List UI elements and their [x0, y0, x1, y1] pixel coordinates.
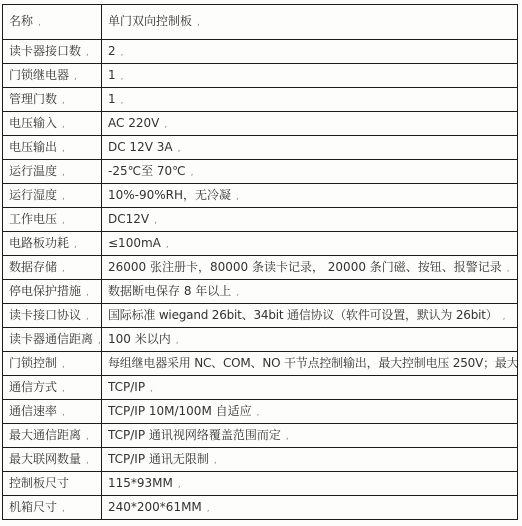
paragraph-mark: , — [62, 96, 65, 106]
paragraph-mark: , — [214, 456, 217, 466]
paragraph-mark: , — [191, 168, 194, 178]
spec-value: TCP/IP 10M/100M 自适应 — [108, 404, 252, 418]
spec-value-cell: AC 220V, — [102, 112, 518, 136]
spec-label-cell: 最大联网数量, — [3, 448, 102, 472]
table-row: 门锁继电器, 1, — [3, 64, 518, 88]
paragraph-mark: , — [257, 408, 260, 418]
spec-label-cell: 电压输入, — [3, 112, 102, 136]
paragraph-mark: , — [62, 216, 65, 226]
spec-label-cell: 控制板尺寸 — [3, 472, 102, 496]
spec-label: 控制板尺寸 — [9, 476, 69, 490]
spec-label: 门锁控制 — [9, 356, 57, 370]
spec-value-cell: 1, — [102, 64, 518, 88]
spec-label-cell: 管理门数, — [3, 88, 102, 112]
table-row: 电压输出, DC 12V 3A, — [3, 136, 518, 160]
table-row: 电压输入, AC 220V, — [3, 112, 518, 136]
spec-label: 电压输出 — [9, 140, 57, 154]
spec-label-cell: 通信速率, — [3, 400, 102, 424]
paragraph-mark: , — [121, 72, 124, 82]
spec-label-cell: 停电保护措施, — [3, 280, 102, 304]
spec-value-cell: TCP/IP 10M/100M 自适应, — [102, 400, 518, 424]
spec-value: 26000 张注册卡，80000 条读卡记录， 20000 条门磁、按钮、报警记… — [108, 260, 502, 274]
spec-label: 运行温度 — [9, 164, 57, 178]
spec-value: TCP/IP 通讯无限制 — [108, 452, 209, 466]
spec-value: 数据断电保存 8 年以上 — [108, 284, 231, 298]
spec-label: 通信速率 — [9, 404, 57, 418]
spec-label-cell: 数据存储, — [3, 256, 102, 280]
paragraph-mark: , — [286, 432, 289, 442]
spec-value: 单门双向控制板 — [108, 14, 192, 28]
spec-value-cell: DC12V, — [102, 208, 518, 232]
spec-label: 名称 — [9, 14, 33, 28]
paragraph-mark: , — [62, 360, 65, 370]
spec-label-cell: 电路板功耗, — [3, 232, 102, 256]
document-page: 名称, 单门双向控制板, 读卡器接口数, 2, 门锁继电器, 1, 管理门数, … — [0, 0, 522, 526]
spec-value-cell: DC 12V 3A, — [102, 136, 518, 160]
spec-label-cell: 运行湿度, — [3, 184, 102, 208]
spec-label: 读卡器接口数 — [9, 44, 81, 58]
spec-label: 停电保护措施 — [9, 284, 81, 298]
table-row: 控制板尺寸 115*93MM, — [3, 472, 518, 496]
paragraph-mark: , — [507, 264, 510, 274]
spec-value-cell: 国际标准 wiegand 26bit、34bit 通信协议（软件可设置，默认为 … — [102, 304, 518, 328]
table-row: 读卡接口协议, 国际标准 wiegand 26bit、34bit 通信协议（软件… — [3, 304, 518, 328]
spec-value: -25℃至 70℃ — [108, 164, 186, 178]
table-row: 管理门数, 1, — [3, 88, 518, 112]
spec-label: 最大联网数量 — [9, 452, 81, 466]
spec-value-cell: 数据断电保存 8 年以上, — [102, 280, 518, 304]
spec-value-cell: 240*200*61MM, — [102, 496, 518, 520]
table-row: 工作电压, DC12V, — [3, 208, 518, 232]
spec-value-cell: TCP/IP 通讯视网络覆盖范围而定, — [102, 424, 518, 448]
paragraph-mark: , — [207, 504, 210, 514]
spec-label: 门锁继电器 — [9, 68, 69, 82]
spec-value: 每组继电器采用 NC、COM、NO 干节点控制输出，最大控制电压 250V；最大… — [108, 356, 518, 370]
table-row: 最大通信距离, TCP/IP 通讯视网络覆盖范围而定, — [3, 424, 518, 448]
spec-value: 国际标准 wiegand 26bit、34bit 通信协议（软件可设置，默认为 … — [108, 308, 498, 322]
spec-value-cell: -25℃至 70℃, — [102, 160, 518, 184]
spec-value-cell: 100 米以内, — [102, 328, 518, 352]
spec-label-cell: 机箱尺寸, — [3, 496, 102, 520]
paragraph-mark: , — [236, 192, 239, 202]
paragraph-mark: , — [86, 456, 89, 466]
paragraph-mark: , — [62, 384, 65, 394]
spec-label-cell: 读卡器接口数, — [3, 40, 102, 64]
spec-label-cell: 门锁控制, — [3, 352, 102, 376]
spec-label-cell: 门锁继电器, — [3, 64, 102, 88]
spec-value: AC 220V — [108, 116, 159, 130]
table-row: 运行温度, -25℃至 70℃, — [3, 160, 518, 184]
spec-value-cell: TCP/IP, — [102, 376, 518, 400]
table-row: 电路板功耗, ≤100mA, — [3, 232, 518, 256]
paragraph-mark: , — [121, 96, 124, 106]
spec-value-cell: 每组继电器采用 NC、COM、NO 干节点控制输出，最大控制电压 250V；最大… — [102, 352, 518, 376]
spec-value: DC 12V 3A — [108, 140, 173, 154]
paragraph-mark: , — [62, 144, 65, 154]
spec-value-cell: 115*93MM, — [102, 472, 518, 496]
paragraph-mark: , — [86, 48, 89, 58]
table-row: 机箱尺寸, 240*200*61MM, — [3, 496, 518, 520]
spec-label-cell: 名称, — [3, 5, 102, 40]
paragraph-mark: , — [121, 48, 124, 58]
spec-value: 2 — [108, 44, 116, 58]
spec-value: 115*93MM — [108, 476, 173, 490]
spec-value-cell: 单门双向控制板, — [102, 5, 518, 40]
table-row: 最大联网数量, TCP/IP 通讯无限制, — [3, 448, 518, 472]
spec-label-cell: 电压输出, — [3, 136, 102, 160]
spec-value: 10%-90%RH，无冷凝 — [108, 188, 231, 202]
paragraph-mark: , — [86, 288, 89, 298]
spec-table: 名称, 单门双向控制板, 读卡器接口数, 2, 门锁继电器, 1, 管理门数, … — [2, 4, 518, 520]
table-row: 读卡器通信距离, 100 米以内, — [3, 328, 518, 352]
spec-label: 运行湿度 — [9, 188, 57, 202]
paragraph-mark: , — [98, 336, 101, 346]
spec-value: 1 — [108, 68, 116, 82]
table-row: 数据存储, 26000 张注册卡，80000 条读卡记录， 20000 条门磁、… — [3, 256, 518, 280]
spec-value-cell: 2, — [102, 40, 518, 64]
spec-label: 工作电压 — [9, 212, 57, 226]
spec-value: 1 — [108, 92, 116, 106]
paragraph-mark: , — [62, 264, 65, 274]
spec-value: 240*200*61MM — [108, 500, 202, 514]
table-row: 名称, 单门双向控制板, — [3, 5, 518, 40]
spec-label-cell: 通信方式, — [3, 376, 102, 400]
table-row: 读卡器接口数, 2, — [3, 40, 518, 64]
spec-label: 机箱尺寸 — [9, 500, 57, 514]
spec-value: ≤100mA — [108, 236, 161, 250]
spec-value: TCP/IP 通讯视网络覆盖范围而定 — [108, 428, 281, 442]
spec-value: DC12V — [108, 212, 149, 226]
spec-value: 100 米以内 — [108, 332, 171, 346]
paragraph-mark: , — [166, 240, 169, 250]
paragraph-mark: , — [74, 240, 77, 250]
paragraph-mark: , — [62, 192, 65, 202]
spec-value-cell: 1, — [102, 88, 518, 112]
spec-label: 数据存储 — [9, 260, 57, 274]
paragraph-mark: , — [178, 144, 181, 154]
spec-label: 通信方式 — [9, 380, 57, 394]
spec-value-cell: 10%-90%RH，无冷凝, — [102, 184, 518, 208]
table-row: 停电保护措施, 数据断电保存 8 年以上, — [3, 280, 518, 304]
spec-label-cell: 读卡器通信距离, — [3, 328, 102, 352]
spec-label: 管理门数 — [9, 92, 57, 106]
paragraph-mark: , — [176, 336, 179, 346]
paragraph-mark: , — [154, 216, 157, 226]
spec-label: 电压输入 — [9, 116, 57, 130]
table-row: 运行湿度, 10%-90%RH，无冷凝, — [3, 184, 518, 208]
paragraph-mark: , — [74, 72, 77, 82]
paragraph-mark: , — [38, 18, 41, 28]
paragraph-mark: , — [86, 432, 89, 442]
paragraph-mark: , — [197, 18, 200, 28]
paragraph-mark: , — [164, 120, 167, 130]
spec-label-cell: 运行温度, — [3, 160, 102, 184]
spec-label-cell: 最大通信距离, — [3, 424, 102, 448]
paragraph-mark: , — [62, 504, 65, 514]
spec-label: 电路板功耗 — [9, 236, 69, 250]
spec-value: TCP/IP — [108, 380, 145, 394]
spec-label: 最大通信距离 — [9, 428, 81, 442]
spec-value-cell: 26000 张注册卡，80000 条读卡记录， 20000 条门磁、按钮、报警记… — [102, 256, 518, 280]
spec-label: 读卡器通信距离 — [9, 332, 93, 346]
paragraph-mark: , — [86, 312, 89, 322]
table-row: 通信速率, TCP/IP 10M/100M 自适应, — [3, 400, 518, 424]
table-row: 门锁控制, 每组继电器采用 NC、COM、NO 干节点控制输出，最大控制电压 2… — [3, 352, 518, 376]
spec-label-cell: 工作电压, — [3, 208, 102, 232]
spec-value-cell: ≤100mA, — [102, 232, 518, 256]
paragraph-mark: , — [503, 312, 506, 322]
paragraph-mark: , — [62, 408, 65, 418]
paragraph-mark: , — [236, 288, 239, 298]
paragraph-mark: , — [178, 480, 181, 490]
spec-label: 读卡接口协议 — [9, 308, 81, 322]
spec-label-cell: 读卡接口协议, — [3, 304, 102, 328]
table-row: 通信方式, TCP/IP, — [3, 376, 518, 400]
paragraph-mark: , — [62, 120, 65, 130]
paragraph-mark: , — [62, 168, 65, 178]
spec-value-cell: TCP/IP 通讯无限制, — [102, 448, 518, 472]
paragraph-mark: , — [150, 384, 153, 394]
